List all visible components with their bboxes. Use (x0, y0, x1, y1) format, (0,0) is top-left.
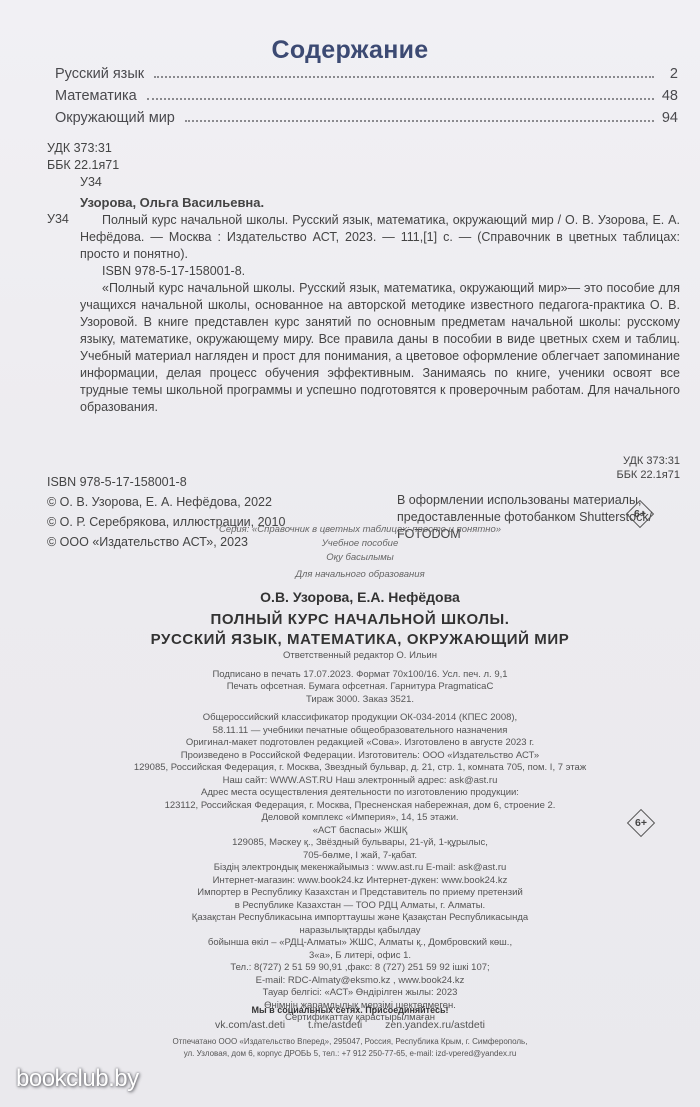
author-code: У34 (47, 174, 680, 191)
imprint-line: Импортер в Республику Казахстан и Предст… (100, 887, 620, 900)
social-heading: Мы в социальных сетях. Присоединяйтесь! (100, 1003, 600, 1017)
imprint-line: E-mail: RDC-Almaty@eksmo.kz , www.book24… (100, 975, 620, 988)
imprint-line: в Республике Казахстан — ТОО РДЦ Алматы,… (100, 900, 620, 913)
authors: О.В. Узорова, Е.А. Нефёдова (100, 588, 620, 606)
imprint-line: 58.11.11 — учебники печатные общеобразов… (100, 725, 620, 738)
copyright-line: © О. В. Узорова, Е. А. Нефёдова, 2022 (47, 492, 285, 512)
imprint-line: Общероссийский классификатор продукции О… (100, 712, 620, 725)
leader-dots (185, 120, 654, 122)
printer-line: ул. Узловая, дом 6, корпус ДРОБЬ 5, тел.… (100, 1048, 600, 1060)
imprint-line: 3«а», Б литері, офис 1. (100, 950, 620, 963)
imprint-line: наразылықтарды қабылдау (100, 925, 620, 938)
age-rating-badge: 6+ (626, 500, 654, 528)
imprint-line: Оригинал-макет подготовлен редакцией «Со… (100, 737, 620, 750)
producer-details: Общероссийский классификатор продукции О… (100, 712, 620, 825)
author-heading: Узорова, Ольга Васильевна. (47, 193, 680, 212)
imprint-line: Произведено в Российской Федерации. Изго… (100, 750, 620, 763)
leader-dots (154, 76, 654, 78)
toc-item[interactable]: Русский язык 2 (55, 66, 678, 88)
type-kz: Оқу басылымы (100, 551, 620, 565)
toc-item-page: 2 (662, 66, 678, 82)
editor: Ответственный редактор О. Ильин (100, 650, 620, 663)
imprint-line: 705-бөлме, I жай, 7-қабат. (100, 850, 620, 863)
printer-line: Отпечатано ООО «Издательство Вперед», 29… (100, 1036, 600, 1048)
book-title-line2: РУССКИЙ ЯЗЫК, МАТЕМАТИКА, ОКРУЖАЮЩИЙ МИР (100, 630, 620, 650)
audience: Для начального образования (100, 568, 620, 582)
imprint-line: Адрес места осуществления деятельности п… (100, 787, 620, 800)
table-of-contents: Русский язык 2 Математика 48 Окружающий … (55, 66, 678, 132)
social-block: Мы в социальных сетях. Присоединяйтесь! … (100, 1003, 600, 1060)
print-details: Подписано в печать 17.07.2023. Формат 70… (100, 669, 620, 707)
isbn: ISBN 978-5-17-158001-8 (47, 472, 285, 492)
imprint-line: Деловой комплекс «Империя», 14, 15 этажи… (100, 812, 620, 825)
udk-code: УДК 373:31 (47, 140, 680, 157)
imprint-line: Қазақстан Республикасына импорттаушы жән… (100, 912, 620, 925)
leader-dots (147, 98, 654, 100)
age-rating-badge: 6+ (627, 809, 655, 837)
bbk-code: ББК 22.1я71 (616, 468, 680, 482)
imprint-line: Тираж 3000. Заказ 3521. (100, 694, 620, 707)
imprint-line: бойынша өкіл – «РДЦ-Алматы» ЖШС, Алматы … (100, 937, 620, 950)
watermark: bookclub.by (16, 1065, 139, 1093)
book-title-line1: ПОЛНЫЙ КУРС НАЧАЛЬНОЙ ШКОЛЫ. (100, 610, 620, 630)
imprint-line: «АСТ баспасы» ЖШҚ (100, 825, 620, 838)
imprint-line: 129085, Российская Федерация, г. Москва,… (100, 762, 620, 775)
toc-item-page: 48 (662, 88, 678, 104)
book-imprint-page: Содержание Русский язык 2 Математика 48 … (0, 0, 700, 1107)
imprint-line: 129085, Мәскеу қ., Звёздный бульвары, 21… (100, 837, 620, 850)
classification-codes: УДК 373:31 ББК 22.1я71 (616, 454, 680, 482)
kazakh-details: «АСТ баспасы» ЖШҚ129085, Мәскеу қ., Звёз… (100, 825, 620, 1025)
bibliographic-record: УДК 373:31 ББК 22.1я71 У34 Узорова, Ольг… (47, 140, 680, 416)
toc-title: Содержание (0, 36, 700, 65)
imprint-line: Тауар белгісі: «АСТ» Өндірілген жылы: 20… (100, 987, 620, 1000)
social-link-zen[interactable]: zen.yandex.ru/astdeti (385, 1019, 485, 1031)
imprint-line: Тел.: 8(727) 2 51 59 90,91 ,факс: 8 (727… (100, 962, 620, 975)
imprint-line: 123112, Российская Федерация, г. Москва,… (100, 800, 620, 813)
toc-item-label: Русский язык (55, 66, 144, 82)
record-code: У34 (47, 212, 69, 226)
social-link-vk[interactable]: vk.com/ast.deti (215, 1019, 285, 1031)
toc-item[interactable]: Окружающий мир 94 (55, 110, 678, 132)
imprint-line: Интернет-магазин: www.book24.kz Интернет… (100, 875, 620, 888)
imprint-line: Біздің электрондық мекенжайымыз : www.as… (100, 862, 620, 875)
social-link-telegram[interactable]: t.me/astdeti (308, 1019, 362, 1031)
imprint-line: Подписано в печать 17.07.2023. Формат 70… (100, 669, 620, 682)
imprint-line: Печать офсетная. Бумага офсетная. Гарнит… (100, 681, 620, 694)
record-isbn: ISBN 978-5-17-158001-8. (47, 263, 680, 280)
imprint-block: Серия: «Справочник в цветных таблицах: п… (100, 523, 620, 1025)
toc-item-page: 94 (662, 110, 678, 126)
type-ru: Учебное пособие (100, 537, 620, 551)
series-line: Серия: «Справочник в цветных таблицах: п… (100, 523, 620, 537)
udk-code: УДК 373:31 (616, 454, 680, 468)
imprint-line: Наш сайт: WWW.AST.RU Наш электронный адр… (100, 775, 620, 788)
toc-item-label: Математика (55, 88, 137, 104)
annotation: «Полный курс начальной школы. Русский яз… (80, 280, 680, 416)
toc-item[interactable]: Математика 48 (55, 88, 678, 110)
record-description: Полный курс начальной школы. Русский язы… (80, 212, 680, 263)
toc-item-label: Окружающий мир (55, 110, 175, 126)
bbk-code: ББК 22.1я71 (47, 157, 680, 174)
